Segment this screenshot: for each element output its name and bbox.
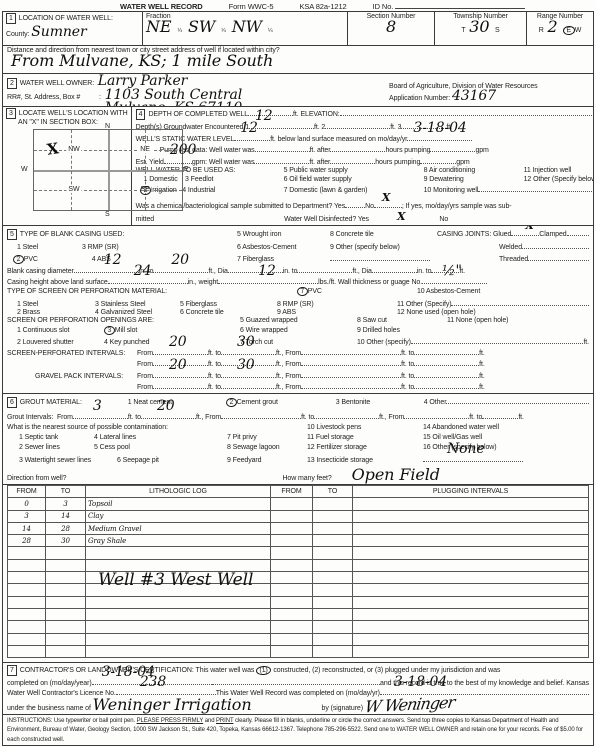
log-to: 30 [46, 535, 86, 547]
locate-title-2: AN "X" IN SECTION BOX: [18, 119, 128, 126]
lithologic-table-wrap: FROM TO LITHOLOGIC LOG FROM TO PLUGGING … [3, 485, 593, 663]
screen-interval-to: 30 [237, 336, 255, 349]
contam-c4: 4 Lateral lines [94, 434, 227, 441]
static-date: 3-18-04 [413, 122, 466, 135]
contamination-label: What is the nearest source of possible c… [7, 424, 307, 431]
gauge-value: ½" [442, 265, 462, 278]
range-west: W [575, 27, 582, 34]
form-header: WATER WELL RECORD Form WWC-5 KSA 82a-121… [0, 0, 596, 11]
gi-ft: ft. [479, 373, 485, 380]
quadrant-sw: SW [66, 186, 81, 193]
range-value: 2 [547, 17, 557, 36]
fraction-3: NW [232, 20, 262, 34]
cert-line1-pre: This water well was [196, 667, 255, 674]
fraction-1: NE [146, 20, 171, 34]
grout-ftto3: ft. to [469, 414, 482, 421]
township-cell: Township Number T 30 S [435, 12, 527, 45]
gravel-interval-from: 20 [169, 359, 187, 372]
openings-o3-circled-number: 3 [104, 325, 116, 335]
yield-hours: hours pumping [375, 159, 420, 166]
contam-c10: 10 Livestock pens [307, 424, 423, 431]
table-row-empty [8, 584, 589, 596]
section4-number: 4 [136, 109, 146, 120]
height-value: 24 [134, 265, 152, 278]
gi2-from: From [137, 384, 153, 391]
openings-o11: 11 None (open hole) [447, 317, 508, 324]
table-row-empty [8, 633, 589, 645]
quarter-3: ¼ [268, 28, 273, 34]
diameter-to-ft: 20 [171, 254, 189, 267]
col-to-2: TO [313, 486, 353, 498]
table-row-empty [8, 572, 589, 584]
gravel-interval-to: 30 [237, 359, 255, 372]
section-number-cell: Section Number 8 [348, 12, 435, 45]
owner-left: 2 WATER WELL OWNER: Larry Parker RR#, St… [7, 75, 389, 105]
grout-ftfrom2: ft., From [379, 414, 404, 421]
si-ftto2: ft. to [401, 350, 414, 357]
casing-title: TYPE OF BLANK CASING USED: [20, 231, 124, 238]
use-o3: 3 Feedlot [185, 176, 213, 183]
screen-o1: 1 Steel [7, 301, 95, 308]
table-row-empty [8, 547, 589, 559]
range-cell: Range Number R 2 EW [527, 12, 593, 45]
openings-o5: 5 Guazed wrapped [240, 317, 357, 324]
sample-no-label: No [365, 203, 374, 210]
locate-title-1: LOCATE WELL'S LOCATION WITH [19, 110, 128, 117]
township-value: 30 [469, 17, 489, 36]
pump-gpm: gpm [475, 147, 488, 154]
openings-o9: 9 Drilled holes [357, 327, 400, 334]
openings-o3: Mill slot [115, 327, 137, 334]
grout-title: GROUT MATERIAL: [20, 399, 128, 406]
openings-o1: 1 Continuous slot [7, 327, 104, 334]
form-number: Form WWC-5 [229, 2, 274, 11]
casing-o3: 3 RMP (SR) [82, 244, 119, 251]
section-certification: 7 CONTRACTOR'S OR LANDOWNER'S CERTIFICAT… [3, 663, 593, 715]
pump-ft-after: ft. after [310, 147, 331, 154]
section-locate: 3 LOCATE WELL'S LOCATION WITH AN "X" IN … [3, 107, 132, 225]
application-label: Application Number: [389, 95, 450, 102]
si-ftfrom: ft., From [276, 350, 301, 357]
openings-title: SCREEN OR PERFORATION OPENINGS ARE: [7, 317, 240, 324]
quarter-2: ¼ [221, 28, 226, 34]
diameter-value: 12 [104, 254, 122, 267]
screen-o12: 12 None used (open hole) [397, 309, 476, 316]
section-box-midline-v [108, 130, 110, 210]
quarter-1: ¼ [177, 28, 182, 34]
grout-from-value: 3 [93, 400, 102, 413]
glued-mark: X [525, 226, 533, 232]
gravel-intervals-label: GRAVEL PACK INTERVALS: [7, 373, 137, 380]
gi2-ftto2: ft. to [401, 384, 414, 391]
contam-c11: 11 Fuel storage [307, 434, 423, 441]
table-row-empty [8, 596, 589, 608]
table-row: 14 28 Medium Gravel [8, 522, 589, 534]
screen-o8: 8 RMP (SR) [277, 301, 397, 308]
sample-mitted: mitted [136, 216, 154, 223]
diameter-ftdia-2: ft., Dia [352, 268, 371, 275]
grout-o4: 4 Other [424, 399, 447, 406]
grout-intervals-label: Grout Intervals: [7, 414, 53, 421]
use-o6: 6 Oil field water supply [284, 176, 424, 183]
casing-o2: PVC [24, 256, 38, 263]
si2-from: From [137, 361, 153, 368]
grout-o2-wrap: 2Cement grout [226, 398, 336, 407]
contam-c6: 6 Seepage pit [117, 457, 227, 464]
contam-c3: 3 Watertight sewer lines [7, 457, 117, 464]
casing-o9: 9 Other (specify below) [330, 244, 437, 251]
pump-hours: hours pumping [385, 147, 430, 154]
casing-row2-left: 1 Steel 3 RMP (SR) [7, 244, 237, 251]
grout-to-value: 20 [157, 400, 175, 413]
casing-o8: 8 Concrete tile [330, 231, 437, 238]
col-from-1: FROM [8, 486, 46, 498]
si2-ft: ft. [479, 361, 485, 368]
grout-from: From [57, 414, 73, 421]
screen-o9: 9 ABS [277, 309, 397, 316]
lithologic-table: FROM TO LITHOLOGIC LOG FROM TO PLUGGING … [7, 485, 589, 658]
cert-record-date: 3-18-04 [394, 676, 447, 689]
grout-o2-circled-number: 2 [225, 398, 237, 408]
diameter-label: Blank casing diameter [7, 268, 74, 275]
casing-title-wrap: 5TYPE OF BLANK CASING USED: [7, 229, 237, 240]
screen-o7: PVC [308, 288, 322, 295]
gi2-ftto: ft. to [208, 384, 221, 391]
contam-c1: 1 Septic tank [7, 434, 94, 441]
table-row: 3 14 Clay [8, 510, 589, 522]
log-desc: Topsoil [86, 498, 271, 510]
log-from: 0 [8, 498, 46, 510]
use-o10: 10 Monitoring well [424, 187, 479, 194]
si2-ftto2: ft. to [401, 361, 414, 368]
disinfected-no: No [439, 216, 448, 223]
elevation-label: ELEVATION: [300, 111, 339, 118]
use-o8: 8 Air conditioning [424, 167, 524, 174]
si-ftto: ft. to [208, 350, 221, 357]
screen-o3: 3 Stainless Steel [95, 301, 180, 308]
well-location-x-mark: X [46, 140, 60, 159]
compass-s: S [105, 211, 110, 218]
casing-row3-left: 2PVC 4 ABS [7, 255, 237, 264]
county-value: Sumner [31, 26, 86, 39]
contam-c14: 14 Abandoned water well [423, 424, 499, 431]
log-to: 14 [46, 510, 86, 522]
quadrant-nw: NW [66, 146, 81, 153]
section-locate-depth: 3 LOCATE WELL'S LOCATION WITH AN "X" IN … [3, 107, 593, 226]
col-from-2: FROM [271, 486, 313, 498]
height-label: Casing height above land surface [7, 279, 108, 286]
si-ft: ft. [479, 350, 485, 357]
gw-ft2: ft. 2 [314, 124, 325, 131]
welded-label: Welded [499, 244, 522, 251]
table-row: 28 30 Gray Shale [8, 535, 589, 547]
owner-title: WATER WELL OWNER: [20, 80, 94, 87]
yield-ft-after: ft. after [309, 159, 330, 166]
grout-ft: ft. [518, 414, 524, 421]
county-label: County: [6, 31, 29, 38]
diameter-into-2: in. to [283, 268, 298, 275]
grout-o2: Cement grout [237, 399, 278, 406]
cert-line4-pre: under the business name of [7, 705, 91, 712]
contam-c8: 8 Sewage lagoon [227, 444, 307, 451]
dash-line [145, 130, 146, 210]
instructions-print: PRINT [216, 718, 233, 724]
screen-o7-circled-number: 7 [297, 287, 309, 297]
gw-ft3: ft. 3 [390, 124, 401, 131]
form-title: WATER WELL RECORD [120, 2, 203, 11]
casing-dots [330, 253, 437, 263]
clamped-label: Clamped [539, 231, 566, 238]
quadrant-ne: NE [138, 146, 152, 153]
well-note: Well #3 West Well [98, 573, 253, 588]
screen-o6: 6 Concrete tile [180, 309, 277, 316]
openings-ft: ft. [583, 339, 589, 346]
openings-o7: 7 Torch cut [240, 339, 357, 346]
disinfected-label: Water Well Disinfected? Yes [284, 216, 369, 223]
form-id: ID No. [373, 0, 526, 11]
grout-o1: 1 Neat cement [128, 399, 226, 406]
how-many-label: How many feet? [282, 475, 331, 482]
section-depth: 4 DEPTH OF COMPLETED WELL 30 ft. ELEVATI… [132, 107, 593, 225]
cert-line2-pre: completed on (mo/day/year) [7, 680, 92, 687]
distance-value: From Mulvane, KS; 1 mile South [11, 54, 589, 68]
log-to: 3 [46, 498, 86, 510]
height-inweight: in., weight [188, 279, 218, 286]
casing-o7: 7 Fiberglass [237, 256, 330, 263]
casing-o1: 1 Steel [17, 244, 38, 251]
sample-ifyes: ; If yes, mo/day/yrs sample was sub- [402, 203, 512, 210]
openings-o6: 6 Wire wrapped [240, 327, 357, 334]
use-o12: 12 Other (Specify below) [524, 176, 593, 183]
range-east-circled: E [563, 26, 575, 36]
range-label: Range Number [530, 13, 590, 20]
compass-e: E [184, 166, 189, 173]
use-o10-line: 10 Monitoring well [424, 184, 593, 194]
dash-line [34, 190, 182, 191]
log-from: 28 [8, 535, 46, 547]
table-row: 0 3 Topsoil [8, 498, 589, 510]
section-box-diagram: NW NE SW SE X [33, 129, 183, 211]
instructions-and: and [203, 718, 216, 724]
depth-label: DEPTH OF COMPLETED WELL [148, 111, 248, 118]
how-many-value: Open Field [352, 468, 440, 482]
static-value: 12 [240, 122, 258, 135]
fraction-cell: Fraction NE¼ SW¼ NW¼ [143, 12, 348, 45]
log-from: 14 [8, 522, 46, 534]
section6-number: 6 [7, 397, 17, 408]
table-row-empty [8, 559, 589, 571]
disinfected-yes-mark: X [397, 210, 405, 223]
address-label: RR#, St. Address, Box # [7, 94, 99, 101]
yield-mid: gpm: Well water was [192, 159, 255, 166]
openings-o10: 10 Other (specify) [357, 339, 411, 346]
gi-ftto: ft. to [208, 373, 221, 380]
form-statute: KSA 82a-1212 [299, 2, 346, 11]
joints-label: CASING JOINTS: Glued [437, 231, 511, 238]
owner-right: Board of Agriculture, Division of Water … [389, 75, 589, 105]
location-title: LOCATION OF WATER WELL: [19, 15, 113, 22]
col-plugging-intervals: PLUGGING INTERVALS [353, 486, 589, 498]
cert-licence: 238 [140, 676, 166, 689]
fraction-2: SW [188, 20, 215, 34]
signature-label: by (signature) [322, 705, 363, 712]
grout-o3: 3 Bentonite [336, 399, 424, 406]
screen-o5: 5 Fiberglass [180, 301, 277, 308]
section1-number: 1 [6, 13, 16, 24]
openings-o2: 2 Louvered shutter [7, 339, 104, 346]
openings-o8: 8 Saw cut [357, 317, 447, 324]
section-casing: 5TYPE OF BLANK CASING USED: 5 Wrought ir… [3, 226, 593, 394]
dash-line [71, 130, 72, 210]
screen-o7-wrap: 7PVC [297, 287, 417, 296]
section3-number: 3 [6, 108, 16, 119]
township-s: S [495, 27, 500, 34]
use-o11: 11 Injection well [524, 167, 572, 174]
section-owner: 2 WATER WELL OWNER: Larry Parker RR#, St… [3, 74, 593, 107]
id-blank [395, 0, 525, 9]
contam-c15: 15 Oil well/Gas well [423, 434, 482, 441]
screen-intervals-label: SCREEN-PERFORATED INTERVALS: [7, 350, 137, 357]
gi2-ft: ft. [479, 384, 485, 391]
use-o7: 7 Domestic (lawn & garden) [284, 187, 424, 194]
height-lbs: lbs./ft. Wall thickness or guage No. [318, 279, 422, 286]
diameter-into-3: in. to [417, 268, 432, 275]
screen-o2: 2 Brass [7, 309, 95, 316]
contam-c13: 13 Insecticide storage [307, 457, 423, 464]
log-to: 28 [46, 522, 86, 534]
gi-ftfrom: ft., From [276, 373, 301, 380]
log-desc: Clay [86, 510, 271, 522]
id-label: ID No. [373, 2, 394, 11]
ft-label: ft. [293, 111, 299, 118]
owner-name: Larry Parker [98, 75, 187, 88]
si2-ftfrom: ft., From [276, 361, 301, 368]
section5-number: 5 [7, 229, 17, 240]
instructions-p1: INSTRUCTIONS: Use typewriter or ball poi… [7, 718, 137, 724]
log-from: 3 [8, 510, 46, 522]
compass-w: W [21, 166, 28, 173]
grout-ftto2: ft. to [301, 414, 314, 421]
instructions-press: PLEASE PRESS FIRMLY [137, 718, 204, 724]
yield-gpm: gpm [456, 159, 469, 166]
si-from: From [137, 350, 153, 357]
signature: W Weninger [364, 695, 455, 714]
use-o4: 4 Industrial [182, 187, 215, 194]
screen-o4: 4 Galvanized Steel [95, 309, 180, 316]
section7-number: 7 [7, 665, 17, 676]
static-mid: ft. below land surface measured on mo/da… [270, 136, 407, 143]
log-desc: Gray Shale [86, 535, 271, 547]
water-well-record-form: WATER WELL RECORD Form WWC-5 KSA 82a-121… [0, 0, 596, 747]
gi-from: From [137, 373, 153, 380]
contam-c7: 7 Pit privy [227, 434, 307, 441]
col-to-1: TO [46, 486, 86, 498]
section-number-value: 8 [386, 17, 396, 36]
colon-1: : [99, 94, 101, 101]
section2-number: 2 [7, 78, 17, 89]
contam-c16-value: None [447, 443, 485, 456]
casing-o6: 6 Asbestos-Cement [237, 244, 330, 251]
grout-ftfrom: ft., From [196, 414, 221, 421]
casing-o2-circled-number: 2 [13, 254, 25, 264]
cert-line1-post: constructed, (2) reconstructed, or (3) p… [273, 667, 500, 674]
screen-interval-from: 20 [169, 336, 187, 349]
county-cell: 1 LOCATION OF WATER WELL: County: Sumner [3, 12, 143, 45]
contam-c12: 12 Fertilizer storage [307, 444, 423, 451]
table-row-empty [8, 621, 589, 633]
diameter-ftdia-1: ft., Dia [208, 268, 227, 275]
gi2-ftfrom: ft., From [276, 384, 301, 391]
casing-o5: 5 Wrought iron [237, 231, 330, 238]
direction-label: Direction from well? [7, 475, 66, 482]
instructions: INSTRUCTIONS: Use typewriter or ball poi… [3, 715, 593, 747]
screen-o11: 11 Other (Specify) [397, 301, 451, 308]
table-row-empty [8, 645, 589, 657]
screen-title: TYPE OF SCREEN OR PERFORATION MATERIAL: [7, 288, 297, 295]
contam-c9: 9 Feedyard [227, 457, 307, 464]
form-body: 1 LOCATION OF WATER WELL: County: Sumner… [2, 11, 594, 746]
col-lithologic-log: LITHOLOGIC LOG [86, 486, 271, 498]
table-header-row: FROM TO LITHOLOGIC LOG FROM TO PLUGGING … [8, 486, 589, 498]
section-location: 1 LOCATION OF WATER WELL: County: Sumner… [3, 12, 593, 46]
sample-no-mark: X [382, 191, 390, 204]
contam-c2: 2 Sewer lines [7, 444, 94, 451]
use-o5: 5 Public water supply [284, 167, 424, 174]
cert-constructed-circled: (1) [256, 665, 272, 675]
use-o9: 9 Dewatering [424, 176, 524, 183]
distance-row: Distance and direction from nearest town… [3, 46, 593, 74]
si2-ftto: ft. to [208, 361, 221, 368]
threaded-label: Threaded [499, 256, 528, 263]
range-r: R [539, 27, 544, 34]
yield-value: 200 [170, 144, 196, 157]
weight-value: 12 [258, 265, 276, 278]
contam-c5: 5 Cess pool [94, 444, 227, 451]
section-grout: 6 GROUT MATERIAL: 1 Neat cement 2Cement … [3, 394, 593, 485]
grout-ftto: ft. to [128, 414, 141, 421]
business-name: Weninger Irrigation [93, 698, 252, 712]
township-t: T [461, 27, 465, 34]
screen-o10: 10 Asbestos-Cement [417, 288, 480, 295]
application-value: 43167 [452, 90, 496, 103]
table-row-empty [8, 608, 589, 620]
log-desc: Medium Gravel [86, 522, 271, 534]
gi-ftto2: ft. to [401, 373, 414, 380]
